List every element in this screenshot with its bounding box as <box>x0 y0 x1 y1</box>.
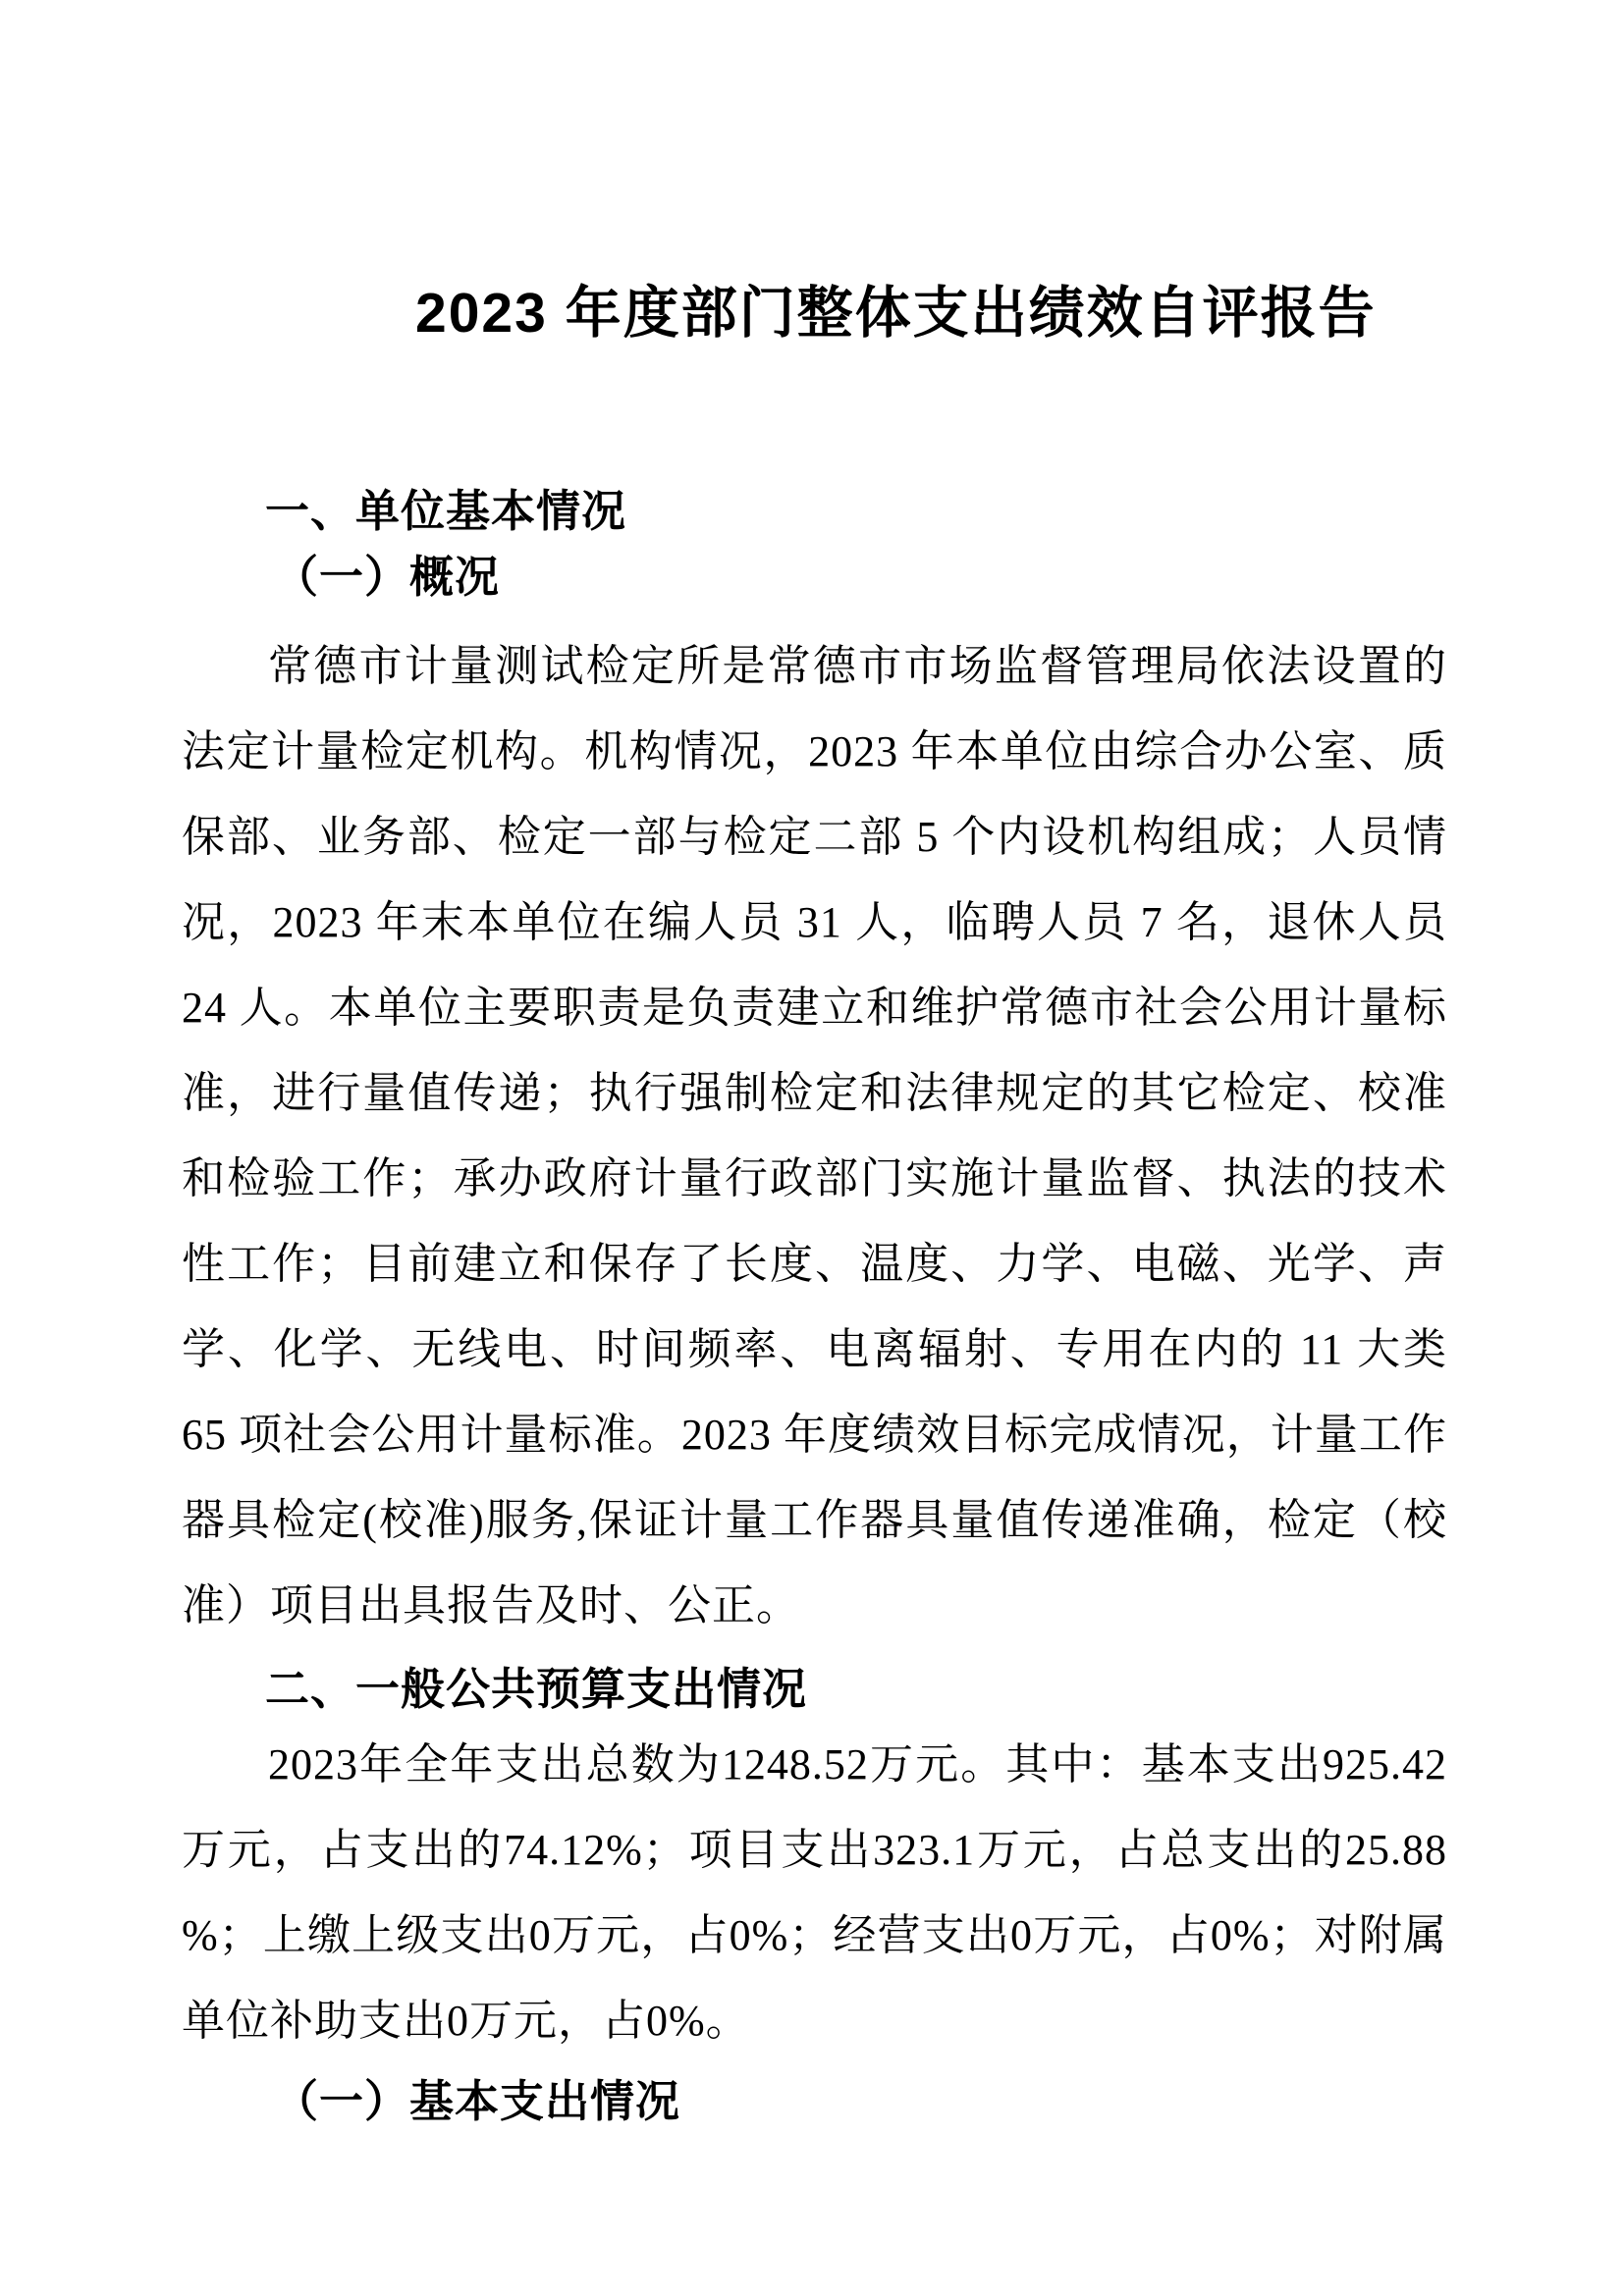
document-page: 2023 年度部门整体支出绩效自评报告 一、单位基本情况 （一）概况 常德市计量… <box>0 0 1624 2296</box>
document-title: 2023 年度部门整体支出绩效自评报告 <box>415 286 1447 342</box>
section-1-heading: 一、单位基本情况 <box>182 489 1447 533</box>
section-2-subheading: （一）基本支出情况 <box>182 2080 1447 2124</box>
section-2-paragraph: 2023年全年支出总数为1248.52万元。其中：基本支出925.42 万元，占… <box>182 1722 1447 2063</box>
section-1-paragraph: 常德市计量测试检定所是常德市市场监督管理局依法设置的法定计量检定机构。机构情况，… <box>182 623 1447 1648</box>
section-1-subheading: （一）概况 <box>182 556 1447 600</box>
document-content: 2023 年度部门整体支出绩效自评报告 一、单位基本情况 （一）概况 常德市计量… <box>0 286 1624 2124</box>
section-2-heading: 二、一般公共预算支出情况 <box>182 1667 1447 1711</box>
